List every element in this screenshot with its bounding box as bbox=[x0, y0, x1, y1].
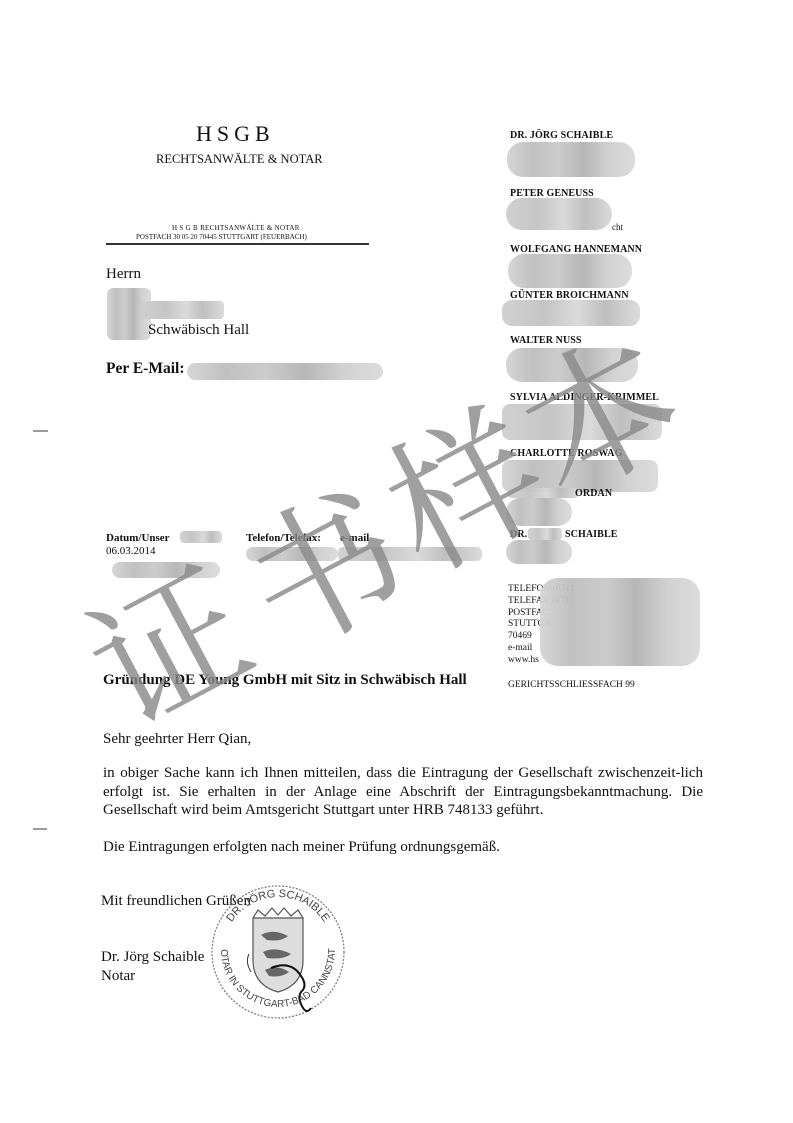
signer-title: Notar bbox=[101, 968, 135, 985]
redacted-partner-detail bbox=[507, 142, 635, 177]
email-label: e-mail bbox=[340, 532, 369, 544]
redacted-partner-detail bbox=[506, 540, 572, 564]
letter-date: 06.03.2014 bbox=[106, 545, 156, 557]
redacted-partner-detail bbox=[502, 300, 640, 326]
partner-name: ORDAN bbox=[575, 488, 612, 499]
partner-name: WALTER NUSS bbox=[510, 335, 582, 346]
watermark-char-2: 书 bbox=[220, 460, 434, 684]
date-reference-label: Datum/Unser bbox=[106, 532, 170, 544]
recipient-salutation: Herrn bbox=[106, 266, 141, 283]
redacted-reference-label bbox=[180, 531, 222, 543]
return-address-line1: H S G B RECHTSANWÄLTE & NOTAR bbox=[172, 224, 300, 232]
redacted-phone bbox=[246, 547, 338, 561]
redacted-partner-name bbox=[528, 528, 562, 540]
court-box: GERICHTSSCHLIESSFACH 99 bbox=[508, 680, 635, 692]
firm-logo-title: HSGB bbox=[196, 121, 275, 147]
redacted-partner-detail bbox=[506, 198, 612, 230]
partner-name: CHARLOTTE ROSWAG bbox=[510, 448, 622, 459]
phone-label: Telefon/Telefax: bbox=[246, 532, 321, 544]
redacted-contact-details bbox=[540, 578, 700, 666]
partner-title: DR. bbox=[510, 529, 527, 540]
redacted-partner-detail bbox=[506, 498, 572, 526]
signer-name: Dr. Jörg Schaible bbox=[101, 949, 204, 966]
partner-detail-fragment: cht bbox=[612, 222, 623, 232]
letter-paragraph-2: Die Eintragungen erfolgten nach meiner P… bbox=[103, 839, 500, 856]
redacted-email bbox=[338, 547, 482, 561]
delivery-method-label: Per E-Mail: bbox=[106, 360, 184, 378]
partner-name: SCHAIBLE bbox=[565, 529, 618, 540]
redacted-partner-detail bbox=[508, 254, 632, 288]
partner-name: DR. JÖRG SCHAIBLE bbox=[510, 130, 613, 141]
redacted-partner-detail bbox=[502, 404, 662, 440]
redacted-recipient-email bbox=[187, 363, 383, 380]
redacted-partner-name bbox=[508, 488, 578, 498]
recipient-city: Schwäbisch Hall bbox=[148, 322, 249, 339]
firm-subtitle: RECHTSANWÄLTE & NOTAR bbox=[156, 152, 323, 167]
fold-mark bbox=[33, 828, 47, 830]
letter-greeting: Sehr geehrter Herr Qian, bbox=[103, 731, 251, 748]
return-address-line2: POSTFACH 30 05 20 70445 STUTTGART (FEUER… bbox=[136, 233, 307, 241]
redacted-partner-detail bbox=[506, 348, 638, 382]
redacted-reference bbox=[112, 562, 220, 578]
fold-mark bbox=[33, 430, 48, 432]
partner-name: SYLVIA ALDINGER-KRIMMEL bbox=[510, 392, 659, 403]
return-address-rule bbox=[106, 243, 369, 245]
letter-subject: Gründung DE Young GmbH mit Sitz in Schwä… bbox=[103, 672, 467, 689]
notary-seal-icon: DR. JÖRG SCHAIBLE NOTAR IN STUTTGART-BAD… bbox=[203, 880, 353, 1025]
redacted-recipient-street bbox=[140, 301, 224, 319]
letter-paragraph-1: in obiger Sache kann ich Ihnen mitteilen… bbox=[103, 764, 703, 820]
